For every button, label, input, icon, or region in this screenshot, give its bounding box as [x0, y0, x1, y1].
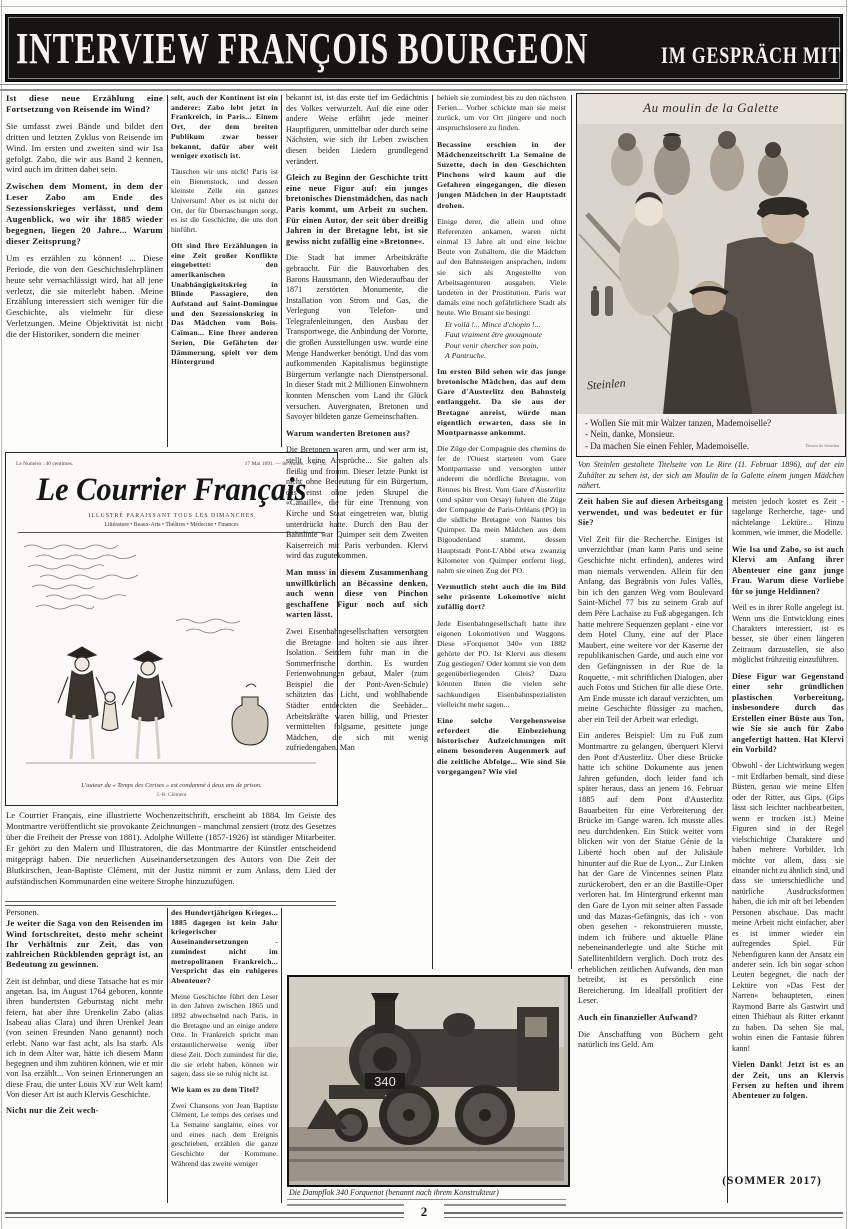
moulin-credit: Dessin de Steinlen: [806, 440, 840, 452]
column-2-bottom: des Hundertjährigen Krieges... 1885 dage…: [171, 908, 278, 1204]
answer-paragraph: bekannt ist, ist das erste tief im Gedäc…: [286, 93, 428, 167]
bruant-verse-line: A Pantruche.: [437, 351, 566, 361]
answer-paragraph: Zeit ist dehnbar, und diese Tatsache hat…: [6, 977, 163, 1101]
column-rule-1: [167, 95, 168, 447]
interview-title: INTERVIEW FRANÇOIS BOURGEON: [16, 19, 588, 79]
locomotive-photo: 340: [287, 975, 570, 1187]
closing-thanks: Vielen Dank! Jetzt ist es an der Zeit, u…: [732, 1060, 844, 1102]
steinlen-signature: Steinlen: [587, 376, 627, 394]
column-rule-2: [281, 95, 282, 447]
answer-paragraph: Die Anschaffung von Büchern geht natürli…: [578, 1030, 723, 1051]
column-3: bekannt ist, ist das erste tief im Gedäc…: [286, 93, 428, 969]
speech-line-2: - Nein, danke, Monsieur.: [585, 429, 839, 441]
column-4: behielt sie zumindest bis zu den nächste…: [437, 93, 566, 969]
question-paragraph: Diese Figur war Gegenstand einer sehr gr…: [732, 672, 844, 756]
speech-line-3: - Da machen Sie einen Fehler, Mademoisel…: [585, 441, 839, 453]
question-paragraph: Nicht nur die Zeit wech-: [6, 1106, 163, 1116]
page-top-rule: [0, 6, 848, 7]
question-paragraph: des Hundertjährigen Krieges... 1885 dage…: [171, 908, 278, 986]
lead-word: Personen.: [6, 908, 163, 918]
question-paragraph: Eine solche Vorgehensweise erfordert die…: [437, 716, 566, 777]
moulin-drawing: [577, 94, 843, 454]
question-paragraph: Gleich zu Beginn der Geschichte tritt ei…: [286, 173, 428, 247]
question-paragraph: Zwischen dem Moment, in dem der Leser Za…: [6, 181, 163, 246]
loco-number-label: 340: [374, 1074, 396, 1089]
question-paragraph: Wie kam es zu dem Titel?: [171, 1085, 278, 1095]
issue-date: (SOMMER 2017): [702, 1175, 842, 1187]
answer-paragraph: Meine Geschichte führt den Leser in den …: [171, 992, 278, 1079]
answer-paragraph: meisten jedoch kostet es Zeit - tagelang…: [732, 497, 844, 539]
courrier-price: Le Numéro : 40 centimes.: [16, 461, 73, 467]
column-rule-2b: [281, 908, 282, 1203]
answer-paragraph: Die Stadt hat immer Arbeitskräfte gebrau…: [286, 253, 428, 423]
moulin-caption-rule: [576, 493, 844, 494]
answer-paragraph: Weil es in ihrer Rolle angelegt ist. Wen…: [732, 603, 844, 666]
question-paragraph: Man muss in diesem Zusammenhang unwillkü…: [286, 568, 428, 621]
magazine-page: INTERVIEW FRANÇOIS BOURGEON IM GESPRÄCH …: [0, 0, 848, 1229]
page-right-rule: [846, 0, 847, 1229]
column-rule-3: [432, 95, 433, 969]
page-header-banner: INTERVIEW FRANÇOIS BOURGEON IM GESPRÄCH …: [5, 14, 843, 82]
question-paragraph: Vermutlich steht auch die im Bild sehr p…: [437, 582, 566, 612]
question-paragraph: Ist diese neue Erzählung eine Fortsetzun…: [6, 93, 163, 115]
bruant-verse-line: Pour venir chercher son pain,: [437, 341, 566, 351]
answer-paragraph: Zwei Chansons von Jean Baptiste Clément,…: [171, 1101, 278, 1169]
answer-paragraph: Viel Zeit für die Recherche. Einiges ist…: [578, 535, 723, 726]
locomotive-drawing: 340: [289, 977, 564, 1181]
question-paragraph: selt, auch der Kontinent ist ein anderer…: [171, 93, 278, 161]
question-paragraph: Wie Isa und Zabo, so ist auch Klervi am …: [732, 545, 844, 597]
answer-paragraph: Sie umfasst zwei Bände und bildet den dr…: [6, 121, 163, 176]
interview-subtitle: IM GESPRÄCH MIT MICHEL THIÉBAUT: [661, 43, 848, 69]
column-5-right: meisten jedoch kostet es Zeit - tagelang…: [732, 497, 844, 1203]
moulin-title: Au moulin de la Galette: [577, 100, 845, 116]
answer-paragraph: Obwohl - der Lichtwirkung wegen - mit Er…: [732, 761, 844, 1054]
courrier-masthead: Le Courrier Français: [19, 473, 324, 507]
moulin-caption: Von Steinlen gestaltete Titelseite von L…: [578, 460, 844, 492]
column-1-bottom: Personen. Je weiter die Saga von den Rei…: [6, 908, 163, 1204]
column-rule-5: [727, 497, 728, 1203]
moulin-de-la-galette-illustration: Au moulin de la Galette Steinlen - Wolle…: [576, 93, 846, 457]
answer-paragraph: behielt sie zumindest bis zu den nächste…: [437, 93, 566, 134]
question-paragraph: Je weiter die Saga von den Reisenden im …: [6, 919, 163, 970]
speech-line-1: - Wollen Sie mit mir Walzer tanzen, Made…: [585, 418, 839, 430]
question-paragraph: Auch ein finanzieller Aufwand?: [578, 1013, 723, 1024]
answer-paragraph: Die Bretonen waren arm, und wer arm ist,…: [286, 445, 428, 562]
header-bottom-rule: [0, 84, 848, 91]
answer-paragraph: Zwei Eisenbahngesellschaften versorgten …: [286, 627, 428, 754]
courrier-masthead-rule: [18, 532, 325, 533]
answer-paragraph: Täuschen wir uns nicht! Paris ist ein Bi…: [171, 167, 278, 235]
question-paragraph: Im ersten Bild sehen wir das junge breto…: [437, 367, 566, 438]
column-rule-1b: [167, 908, 168, 1203]
bruant-verse-line: Faut vraiment être gnougnoute: [437, 330, 566, 340]
answer-paragraph: Um es erzählen zu können! ... Diese Peri…: [6, 253, 163, 340]
question-paragraph: Zeit haben Sie auf diesen Arbeitsgang ve…: [578, 497, 723, 529]
answer-paragraph: Die Züge der Compagnie des chemins de fe…: [437, 444, 566, 576]
bruant-verse-line: Et voilà !... Mince d'chopin !...: [437, 320, 566, 330]
courrier-microline: Le Numéro : 40 centimes. 17 Mai 1891. — …: [16, 461, 327, 467]
moulin-speech-lines: - Wollen Sie mit mir Walzer tanzen, Made…: [577, 414, 845, 457]
question-paragraph: Becassine erschien in der Mädchenzeitsch…: [437, 140, 566, 211]
answer-paragraph: Jede Eisenbahngesellschaft hatte ihre ei…: [437, 619, 566, 710]
question-paragraph: Oft sind Ihre Erzählungen in eine Zeit g…: [171, 241, 278, 367]
page-number: 2: [404, 1204, 444, 1220]
column-5-left: Zeit haben Sie auf diesen Arbeitsgang ve…: [578, 497, 723, 1203]
page-left-rule: [1, 0, 2, 1229]
answer-paragraph: Ein anderes Beispiel: Um zu Fuß zum Mont…: [578, 731, 723, 1006]
locomotive-caption: Die Dampflok 340 Forquenot (benannt nach…: [289, 1187, 565, 1198]
column-2-top: selt, auch der Kontinent ist ein anderer…: [171, 93, 278, 450]
answer-paragraph: Einige derer, die allein und ohne Refere…: [437, 217, 566, 319]
column-rule-4: [571, 95, 572, 969]
question-paragraph: Warum wanderten Bretonen aus?: [286, 429, 428, 440]
column-1-top: Ist diese neue Erzählung eine Fortsetzun…: [6, 93, 163, 450]
